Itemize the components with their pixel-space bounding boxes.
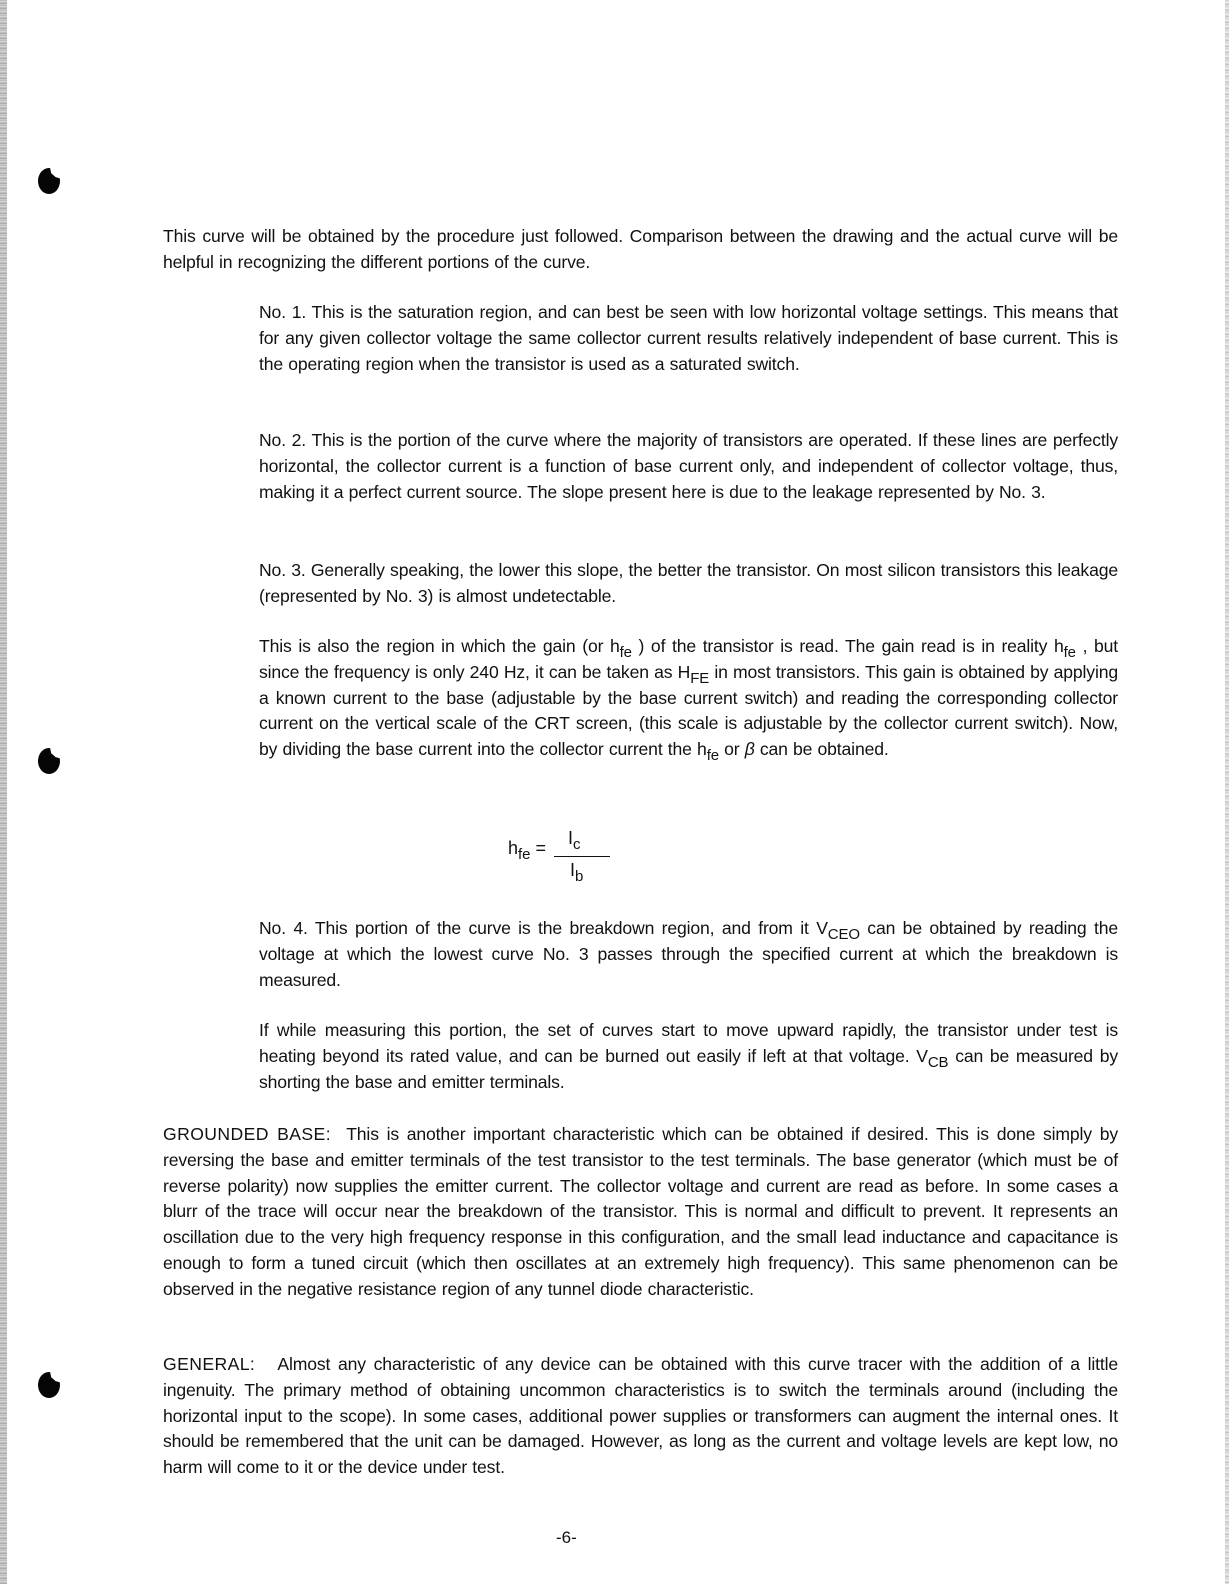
section-label: GROUNDED BASE:	[163, 1124, 331, 1144]
section-label: GENERAL:	[163, 1354, 255, 1374]
formula-denominator: Ib	[570, 860, 583, 881]
beta-symbol: β	[745, 739, 755, 759]
formula-numerator: Ic	[568, 828, 581, 849]
subscript: fe	[707, 747, 719, 764]
subscript: fe	[1064, 644, 1076, 661]
subscript: CEO	[828, 926, 860, 943]
subscript: fe	[620, 644, 632, 661]
no4-paragraph: No. 4. This portion of the curve is the …	[259, 916, 1118, 993]
binder-hole-icon	[38, 748, 60, 774]
intro-paragraph: This curve will be obtained by the proce…	[163, 224, 1118, 276]
formula-lhs: hfe =	[508, 838, 546, 859]
binder-hole-icon	[38, 168, 60, 194]
gain-paragraph: This is also the region in which the gai…	[259, 634, 1118, 763]
no3-paragraph: No. 3. Generally speaking, the lower thi…	[259, 558, 1118, 610]
no2-paragraph: No. 2. This is the portion of the curve …	[259, 428, 1118, 505]
scan-edge-right	[1225, 0, 1229, 1584]
page-number: -6-	[556, 1528, 577, 1548]
subscript: FE	[690, 670, 709, 687]
general-paragraph: GENERAL: Almost any characteristic of an…	[163, 1352, 1118, 1481]
binder-hole-icon	[38, 1372, 60, 1398]
subscript: CB	[928, 1054, 949, 1071]
fraction-bar	[554, 856, 610, 857]
hfe-formula: hfe = Ic Ib	[508, 836, 618, 896]
no1-paragraph: No. 1. This is the saturation region, an…	[259, 300, 1118, 377]
grounded-base-paragraph: GROUNDED BASE: This is another important…	[163, 1122, 1118, 1303]
heating-paragraph: If while measuring this portion, the set…	[259, 1018, 1118, 1095]
scan-edge-left	[0, 0, 7, 1584]
